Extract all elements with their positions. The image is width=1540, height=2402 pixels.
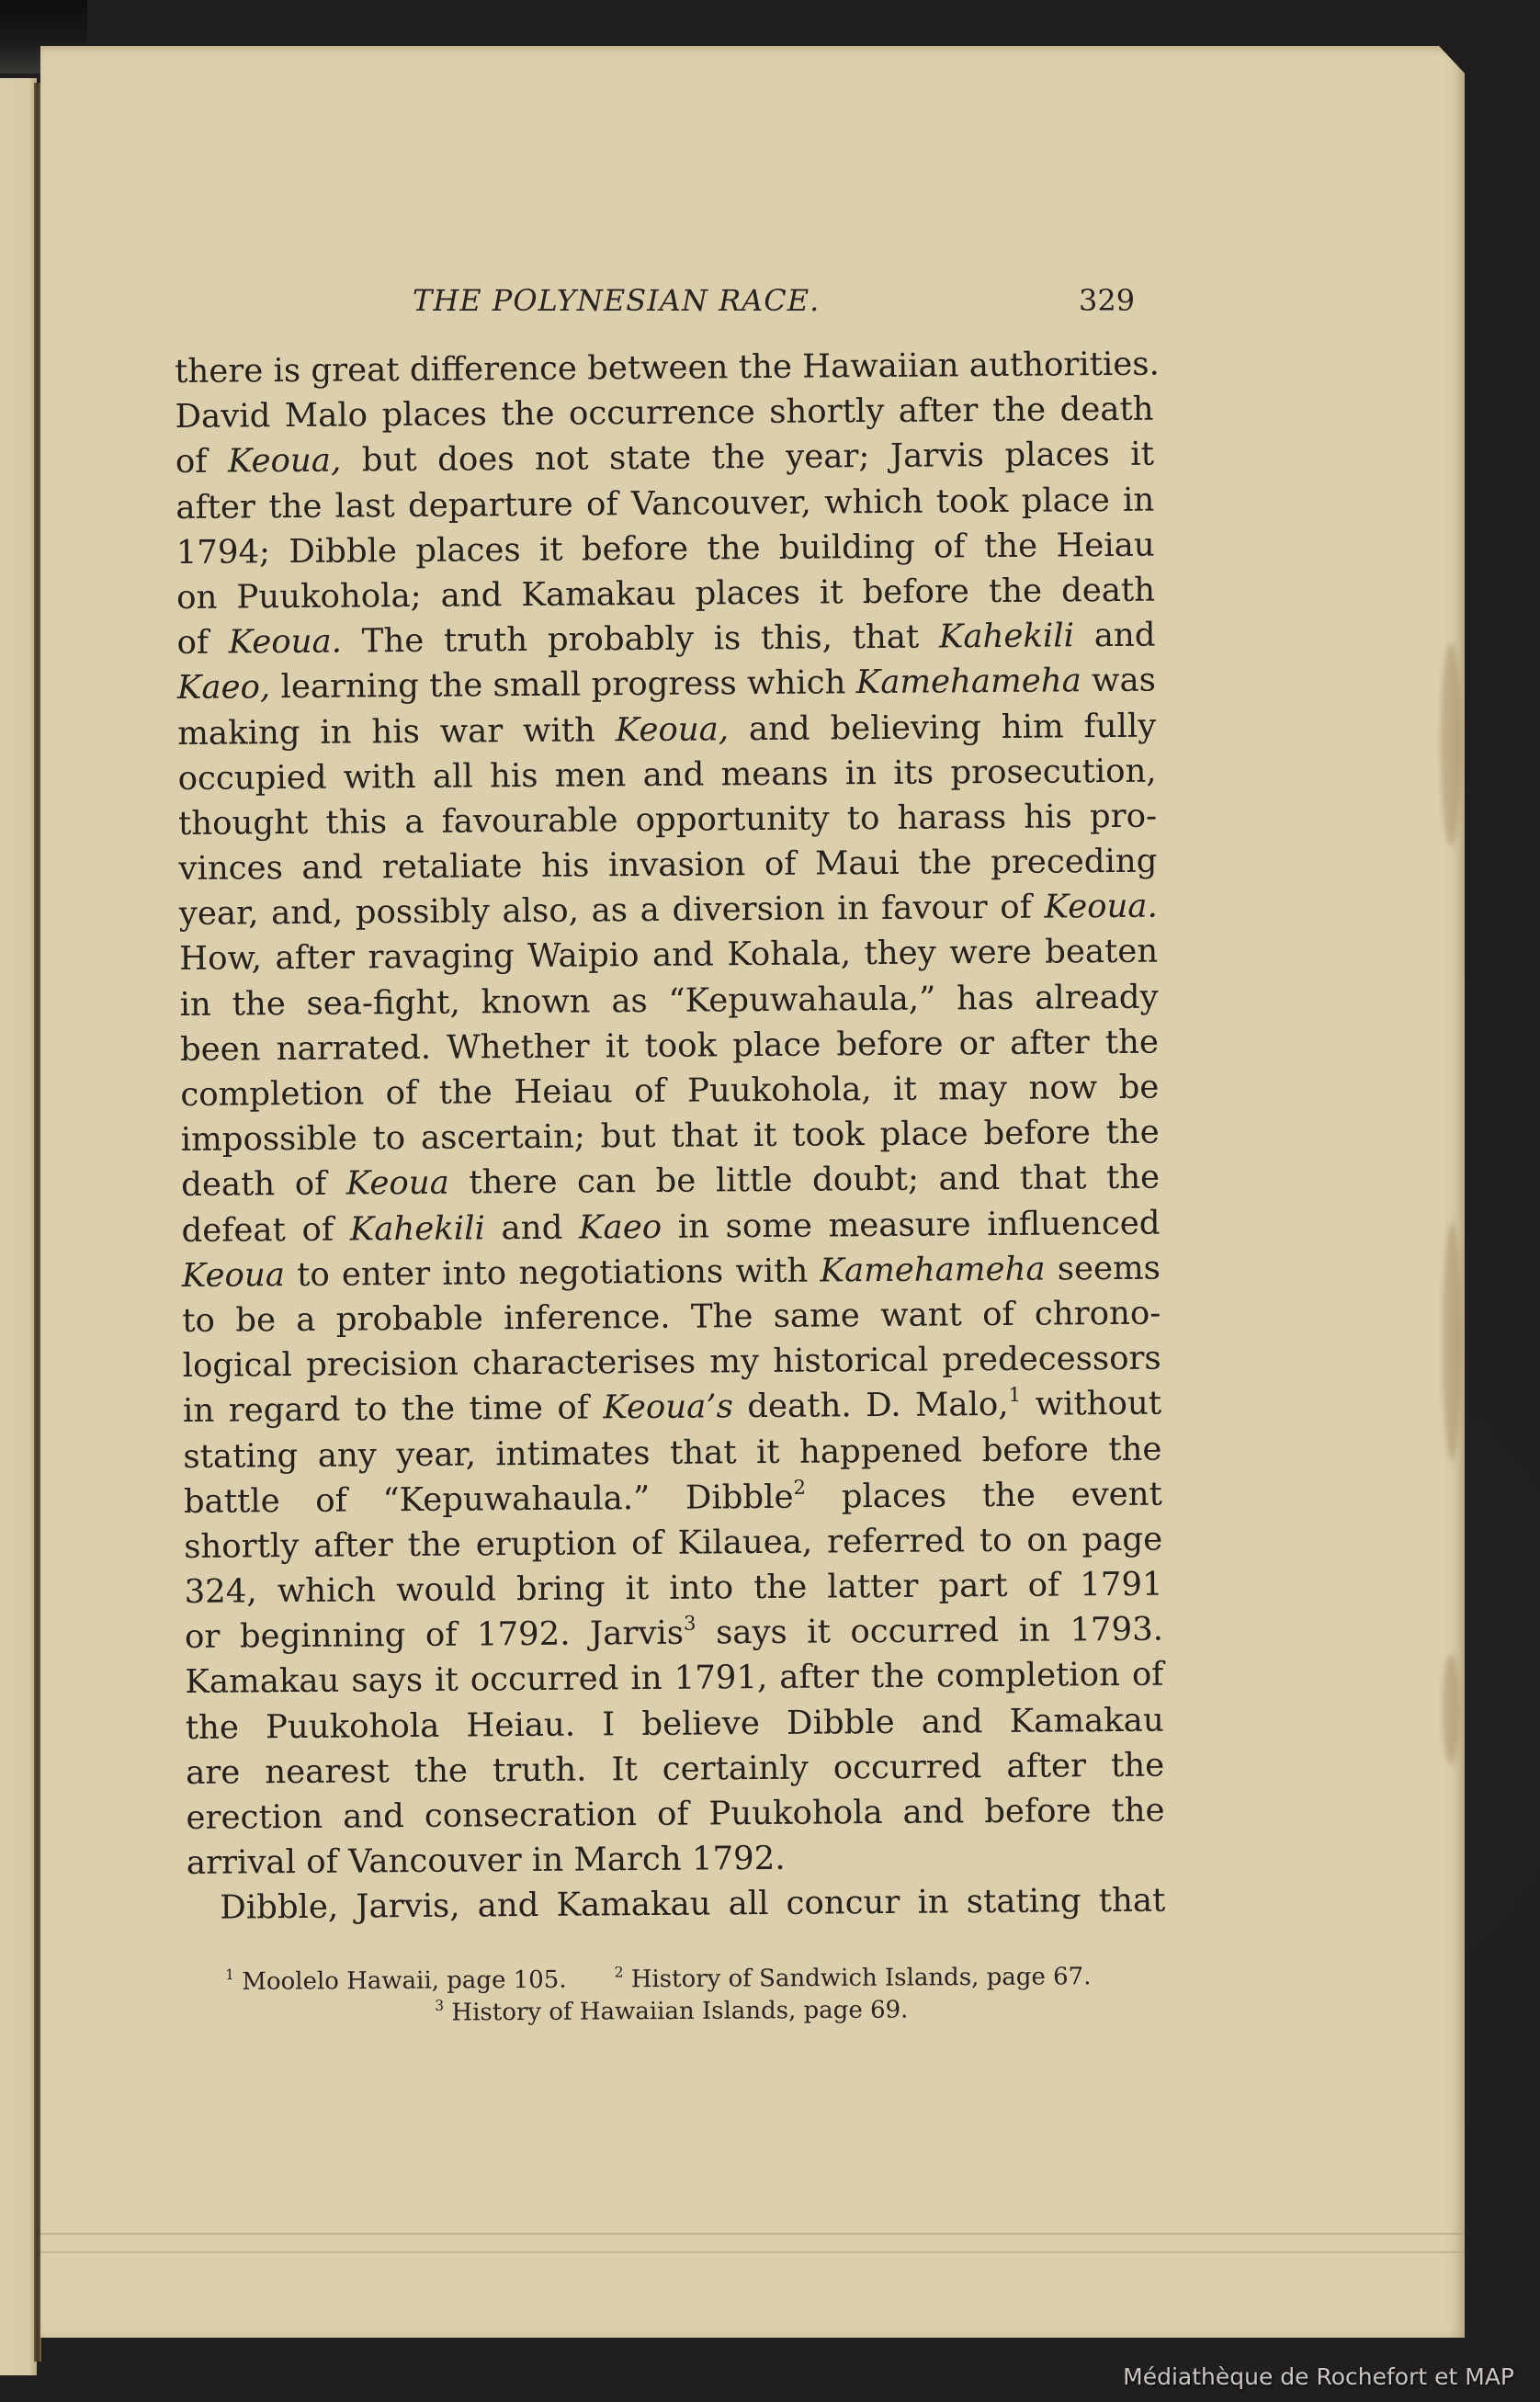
italic-name: Kamehameha [856, 663, 1081, 702]
text-segment: occupied with all his men and means in i… [178, 752, 1157, 797]
footnote-reference: 2 [793, 1476, 806, 1499]
text-segment: been narrated. Whether it took place bef… [180, 1023, 1159, 1068]
text-line: year, and, possibly also, as a diversion… [179, 884, 1158, 937]
text-line: after the last departure of Vancouver, w… [176, 477, 1154, 530]
text-line: in the sea-fight, known as “Kepuwahaula,… [179, 974, 1158, 1027]
text-segment: death. D. Malo, [733, 1386, 1009, 1425]
text-line: impossible to ascertain; but that it too… [181, 1110, 1160, 1163]
text-line: thought this a favourable opportunity to… [178, 793, 1157, 846]
footnote-mark: 3 [435, 1998, 444, 2014]
text-segment: impossible to ascertain; but that it too… [181, 1114, 1160, 1159]
text-segment: or beginning of 1792. Jarvis [185, 1615, 684, 1656]
text-line: on Puukohola; and Kamakau places it befo… [176, 568, 1155, 621]
text-segment: death of [181, 1165, 346, 1204]
text-segment: there can be little doubt; and that the [449, 1159, 1161, 1202]
italic-name: Kamehameha [820, 1250, 1045, 1289]
text-segment: says it occurred in 1793. [696, 1611, 1163, 1652]
text-segment: learning the small progress which [270, 663, 856, 706]
text-line: or beginning of 1792. Jarvis3 says it oc… [185, 1607, 1163, 1660]
text-segment: 1794; Dibble places it before the buildi… [176, 526, 1155, 571]
italic-name: Keoua’s [603, 1388, 733, 1427]
edge-stain [1443, 1654, 1459, 1764]
text-line: of Keoua, but does not state the year; J… [176, 432, 1154, 485]
italic-name: Keoua. [1044, 888, 1158, 926]
italic-name: Keoua, [616, 710, 730, 749]
text-line: stating any year, intimates that it happ… [183, 1426, 1161, 1479]
text-line: of Keoua. The truth probably is this, th… [176, 613, 1155, 666]
text-segment: and [485, 1208, 579, 1247]
text-segment: places the event [806, 1475, 1162, 1515]
text-segment: was [1081, 662, 1156, 700]
text-segment: arrival of Vancouver in March 1792. [187, 1840, 786, 1882]
text-line: Kamakau says it occurred in 1791, after … [185, 1652, 1163, 1705]
text-segment: in some measure influenced [662, 1204, 1161, 1245]
footnote-reference: 3 [684, 1613, 696, 1636]
text-segment: but does not state the year; Jarvis plac… [341, 436, 1154, 480]
page-number: 329 [1079, 283, 1135, 318]
library-watermark: Médiathèque de Rochefort et MAP [1123, 2363, 1514, 2390]
text-line: battle of “Kepuwahaula.” Dibble2 places … [184, 1471, 1162, 1524]
italic-name: Kaeo, [177, 669, 271, 708]
text-segment: erection and consecration of Puukohola a… [186, 1792, 1164, 1837]
text-line: the Puukohola Heiau. I believe Dibble an… [186, 1697, 1164, 1751]
text-segment: 324, which would bring it into the latte… [184, 1566, 1162, 1611]
text-segment: there is great difference between the Ha… [175, 346, 1160, 391]
text-segment: battle of “Kepuwahaula.” Dibble [184, 1478, 794, 1520]
italic-name: Kahekili [939, 617, 1074, 655]
text-segment: to be a probable inference. The same wan… [182, 1295, 1161, 1340]
text-segment: defeat of [181, 1210, 350, 1249]
text-line: been narrated. Whether it took place bef… [180, 1019, 1159, 1072]
footnote-1: 1 Moolelo Hawaii, page 105. [225, 1966, 567, 1996]
text-segment: seems [1045, 1249, 1161, 1287]
text-line: 1794; Dibble places it before the buildi… [176, 522, 1155, 575]
text-segment: thought this a favourable opportunity to… [178, 797, 1157, 842]
text-line: logical precision characterises my histo… [182, 1336, 1161, 1389]
text-segment: How, after ravaging Waipio and Kohala, t… [179, 933, 1158, 978]
footnote-row: 1 Moolelo Hawaii, page 105.2 History of … [225, 1961, 1144, 1999]
footnote-text: Moolelo Hawaii, page 105. [242, 1966, 566, 1996]
text-line: in regard to the time of Keoua’s death. … [183, 1381, 1161, 1434]
text-segment: in the sea-fight, known as “Kepuwahaula,… [179, 978, 1158, 1023]
text-line: shortly after the eruption of Kilauea, r… [184, 1516, 1162, 1569]
text-line: occupied with all his men and means in i… [177, 748, 1156, 801]
footnote-text: History of Hawaiian Islands, page 69. [451, 1996, 908, 2026]
text-line: completion of the Heiau of Puukohola, it… [180, 1065, 1159, 1118]
text-line: Keoua to enter into negotiations with Ka… [182, 1245, 1161, 1298]
text-line: are nearest the truth. It certainly occu… [186, 1742, 1164, 1796]
text-segment: in regard to the time of [183, 1389, 604, 1431]
running-head: THE POLYNESIAN RACE. 329 [413, 283, 1129, 323]
text-segment: of [176, 624, 229, 662]
facing-page-edge [0, 78, 37, 2375]
footnote-text: History of Sandwich Islands, page 67. [631, 1963, 1092, 1993]
text-line: death of Keoua there can be little doubt… [181, 1155, 1160, 1208]
text-segment: and [1074, 617, 1156, 655]
italic-name: Keoua. [229, 623, 343, 662]
text-line: erection and consecration of Puukohola a… [186, 1788, 1164, 1841]
edge-stain [1441, 643, 1461, 845]
text-line: there is great difference between the Ha… [175, 342, 1153, 395]
footnote-mark: 2 [614, 1964, 623, 1980]
book-gutter [34, 83, 41, 2362]
text-segment: the Puukohola Heiau. I believe Dibble an… [186, 1701, 1164, 1746]
footnote-reference: 1 [1008, 1384, 1021, 1407]
footnote-3: 3 History of Hawaiian Islands, page 69. [435, 1996, 908, 2026]
italic-name: Keoua [346, 1164, 449, 1203]
italic-name: Keoua [182, 1256, 285, 1295]
text-line: defeat of Kahekili and Kaeo in some meas… [181, 1200, 1160, 1253]
text-segment: making in his war with [177, 711, 616, 753]
running-title: THE POLYNESIAN RACE. [413, 283, 820, 318]
text-line: Kaeo, learning the small progress which … [177, 658, 1156, 711]
body-text: there is great difference between the Ha… [175, 342, 1165, 1932]
text-segment: after the last departure of Vancouver, w… [176, 481, 1154, 526]
edge-stain [1443, 1222, 1461, 1461]
text-line: Dibble, Jarvis, and Kamakau all concur i… [187, 1878, 1165, 1932]
text-segment: and believing him fully [729, 707, 1157, 748]
text-segment: to enter into negotiations with [285, 1252, 821, 1294]
text-segment: Kamakau says it occurred in 1791, after … [185, 1656, 1163, 1701]
text-line: vinces and retaliate his invasion of Mau… [178, 839, 1157, 892]
text-line: David Malo places the occurrence shortly… [175, 387, 1153, 440]
text-segment: shortly after the eruption of Kilauea, r… [184, 1520, 1162, 1565]
footnotes: 1 Moolelo Hawaii, page 105.2 History of … [225, 1961, 1144, 2031]
text-segment: year, and, possibly also, as a diversion… [179, 889, 1045, 933]
footnote-mark: 1 [225, 1966, 234, 1983]
text-segment: logical precision characterises my histo… [183, 1340, 1161, 1385]
text-line: 324, which would bring it into the latte… [184, 1562, 1162, 1615]
text-segment: stating any year, intimates that it happ… [183, 1430, 1161, 1475]
text-segment: are nearest the truth. It certainly occu… [186, 1746, 1164, 1791]
text-segment: of [176, 443, 228, 481]
text-segment: David Malo places the occurrence shortly… [175, 391, 1153, 436]
text-segment: completion of the Heiau of Puukohola, it… [180, 1069, 1159, 1114]
text-segment: vinces and retaliate his invasion of Mau… [178, 843, 1157, 888]
footnote-2: 2 History of Sandwich Islands, page 67. [614, 1963, 1091, 1993]
text-line: arrival of Vancouver in March 1792. [187, 1833, 1165, 1886]
footnote-row: 3 History of Hawaiian Islands, page 69. [225, 1993, 1144, 2031]
text-segment: Dibble, Jarvis, and Kamakau all concur i… [220, 1882, 1165, 1927]
text-line: making in his war with Keoua, and believ… [177, 703, 1156, 756]
text-line: How, after ravaging Waipio and Kohala, t… [179, 929, 1158, 982]
text-segment: without [1021, 1385, 1161, 1423]
text-segment: The truth probably is this, that [342, 618, 939, 661]
italic-name: Keoua, [228, 442, 342, 481]
italic-name: Kaeo [579, 1207, 662, 1246]
italic-name: Kahekili [350, 1209, 485, 1248]
text-segment: on Puukohola; and Kamakau places it befo… [176, 572, 1155, 617]
text-line: to be a probable inference. The same wan… [182, 1291, 1161, 1344]
